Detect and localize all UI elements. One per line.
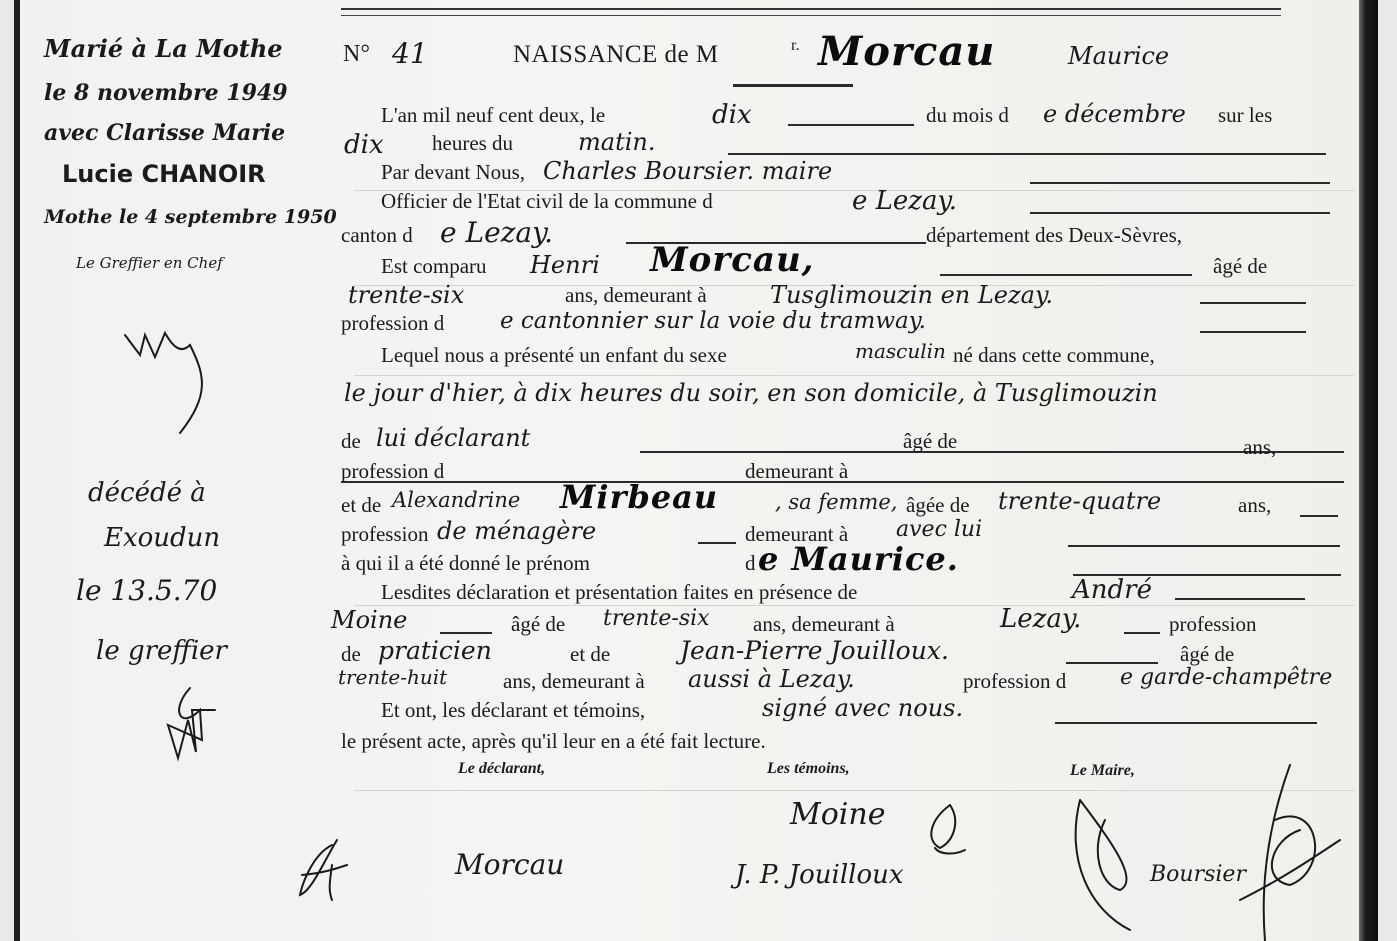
margin-line: Marié à La Mothe bbox=[44, 34, 283, 63]
handwritten-father-profession: e cantonnier sur la voie du tramway. bbox=[500, 308, 926, 334]
margin-line: le 13.5.70 bbox=[76, 574, 217, 607]
handwritten-birth-details: le jour d'hier, à dix heures du soir, en… bbox=[344, 379, 1158, 407]
handwritten-witness1-profession: praticien bbox=[378, 636, 492, 665]
witnesses-label: Les témoins, bbox=[767, 760, 850, 778]
handwritten-lui-declarant: lui déclarant bbox=[376, 424, 530, 452]
margin-line: Le Greffier en Chef bbox=[76, 254, 223, 272]
printed-text: âgé de bbox=[1180, 642, 1234, 667]
child-surname: Morcau bbox=[818, 28, 995, 75]
handwritten-father-residence: Tusglimouzin en Lezay. bbox=[770, 281, 1053, 309]
handwritten-witness1-residence: Lezay. bbox=[1000, 604, 1081, 634]
handwritten-mother-profession: de ménagère bbox=[437, 517, 596, 545]
printed-text: et de bbox=[341, 493, 381, 518]
witness2-signature: J. P. Jouilloux bbox=[735, 860, 904, 890]
handwritten-hour: dix bbox=[344, 130, 384, 160]
margin-line: le greffier bbox=[96, 636, 227, 666]
printed-text: profession bbox=[341, 522, 429, 547]
handwritten-witness1-surname: Moine bbox=[331, 606, 407, 634]
act-number-label: N° bbox=[343, 41, 370, 68]
handwritten-witness1-age: trente-six bbox=[603, 606, 710, 631]
handwritten-father-first-name: Henri bbox=[530, 251, 600, 279]
page-edge-shadow bbox=[1359, 0, 1378, 941]
margin-line: décédé à bbox=[88, 478, 206, 508]
margin-line: avec Clarisse Marie bbox=[44, 120, 285, 146]
act-title-suffix: r. bbox=[791, 37, 799, 55]
handwritten-mother-surname: Mirbeau bbox=[560, 478, 718, 516]
printed-text: à qui il a été donné le prénom bbox=[341, 551, 590, 576]
printed-text: âgée de bbox=[906, 493, 970, 518]
printed-text: âgé de bbox=[1213, 254, 1267, 279]
declarant-label: Le déclarant, bbox=[458, 760, 545, 778]
printed-text: et de bbox=[570, 642, 610, 667]
printed-text: profession bbox=[1169, 612, 1257, 637]
handwritten-sex: masculin bbox=[855, 339, 946, 363]
handwritten-period: matin. bbox=[578, 128, 655, 156]
handwritten-witness2-name: Jean-Pierre Jouilloux. bbox=[680, 636, 949, 665]
greffier-initials-signature bbox=[110, 315, 230, 445]
printed-text: demeurant à bbox=[745, 459, 848, 484]
greffier-signature bbox=[160, 680, 240, 780]
declarant-signature: Morcau bbox=[455, 848, 564, 881]
handwritten-child-first-name: e Maurice. bbox=[758, 540, 959, 578]
printed-text: né dans cette commune, bbox=[953, 343, 1155, 368]
printed-text: sur les bbox=[1218, 103, 1272, 128]
printed-text: de bbox=[341, 429, 361, 454]
handwritten-month: e décembre bbox=[1043, 100, 1186, 128]
handwritten-mother-first-name: Alexandrine bbox=[392, 488, 520, 512]
printed-text: profession d bbox=[963, 669, 1066, 694]
handwritten-relation: , sa femme, bbox=[775, 490, 897, 514]
printed-text: L'an mil neuf cent deux, le bbox=[381, 103, 605, 128]
printed-text: profession d bbox=[341, 311, 444, 336]
printed-text: Officier de l'Etat civil de la commune d bbox=[381, 189, 713, 214]
binding-rule bbox=[14, 0, 20, 941]
mayor-signature: Boursier bbox=[1150, 862, 1246, 887]
act-title: NAISSANCE de M bbox=[513, 41, 719, 69]
title-underline bbox=[733, 84, 853, 87]
child-given-name: Maurice bbox=[1068, 42, 1169, 70]
handwritten-commune: e Lezay. bbox=[852, 186, 957, 216]
handwritten-mother-residence: avec lui bbox=[896, 517, 982, 542]
printed-text: ans, bbox=[1243, 435, 1276, 460]
handwritten-signed-with-us: signé avec nous. bbox=[762, 694, 963, 722]
printed-text: âgé de bbox=[511, 612, 565, 637]
handwritten-witness1-first-name: André bbox=[1072, 575, 1152, 605]
printed-text: Par devant Nous, bbox=[381, 160, 525, 185]
handwritten-witness2-residence: aussi à Lezay. bbox=[688, 665, 855, 693]
handwritten-canton: e Lezay. bbox=[440, 216, 553, 249]
margin-line: Mothe le 4 septembre 1950 bbox=[44, 206, 337, 228]
witness1-flourish bbox=[920, 800, 970, 860]
printed-text: du mois d bbox=[926, 103, 1009, 128]
handwritten-mother-age: trente-quatre bbox=[998, 487, 1161, 515]
printed-text: le présent acte, après qu'il leur en a é… bbox=[341, 729, 766, 754]
handwritten-father-surname: Morcau, bbox=[650, 240, 815, 280]
margin-line: le 8 novembre 1949 bbox=[44, 80, 288, 106]
handwritten-day: dix bbox=[712, 100, 752, 130]
printed-text: ans, bbox=[1238, 493, 1271, 518]
printed-text: heures du bbox=[432, 131, 513, 156]
printed-text: canton d bbox=[341, 223, 413, 248]
mayor-signature-flourish bbox=[1060, 760, 1360, 941]
margin-line: Lucie CHANOIR bbox=[62, 160, 266, 188]
witness1-signature: Moine bbox=[790, 797, 885, 832]
act-number: 41 bbox=[392, 37, 428, 70]
printed-text: département des Deux-Sèvres, bbox=[926, 223, 1182, 248]
printed-text: ans, demeurant à bbox=[753, 612, 895, 637]
printed-text: de bbox=[341, 642, 361, 667]
margin-line: Exoudun bbox=[104, 523, 220, 553]
printed-text: ans, demeurant à bbox=[503, 669, 645, 694]
printed-text: ans, demeurant à bbox=[565, 283, 707, 308]
printed-text: Et ont, les déclarant et témoins, bbox=[381, 698, 645, 723]
printed-text: Est comparu bbox=[381, 254, 487, 279]
printed-text: âgé de bbox=[903, 429, 957, 454]
handwritten-father-age: trente-six bbox=[348, 281, 464, 309]
printed-text: Lesdites déclaration et présentation fai… bbox=[381, 580, 857, 605]
header-double-rule bbox=[341, 8, 1281, 16]
printed-text: Lequel nous a présenté un enfant du sexe bbox=[381, 343, 727, 368]
declarant-initial-signature bbox=[292, 835, 362, 905]
handwritten-witness2-age: trente-huit bbox=[338, 665, 447, 689]
handwritten-witness2-profession: e garde-champêtre bbox=[1120, 665, 1332, 690]
printed-text: d bbox=[745, 551, 756, 576]
handwritten-officer: Charles Boursier. maire bbox=[543, 157, 832, 185]
